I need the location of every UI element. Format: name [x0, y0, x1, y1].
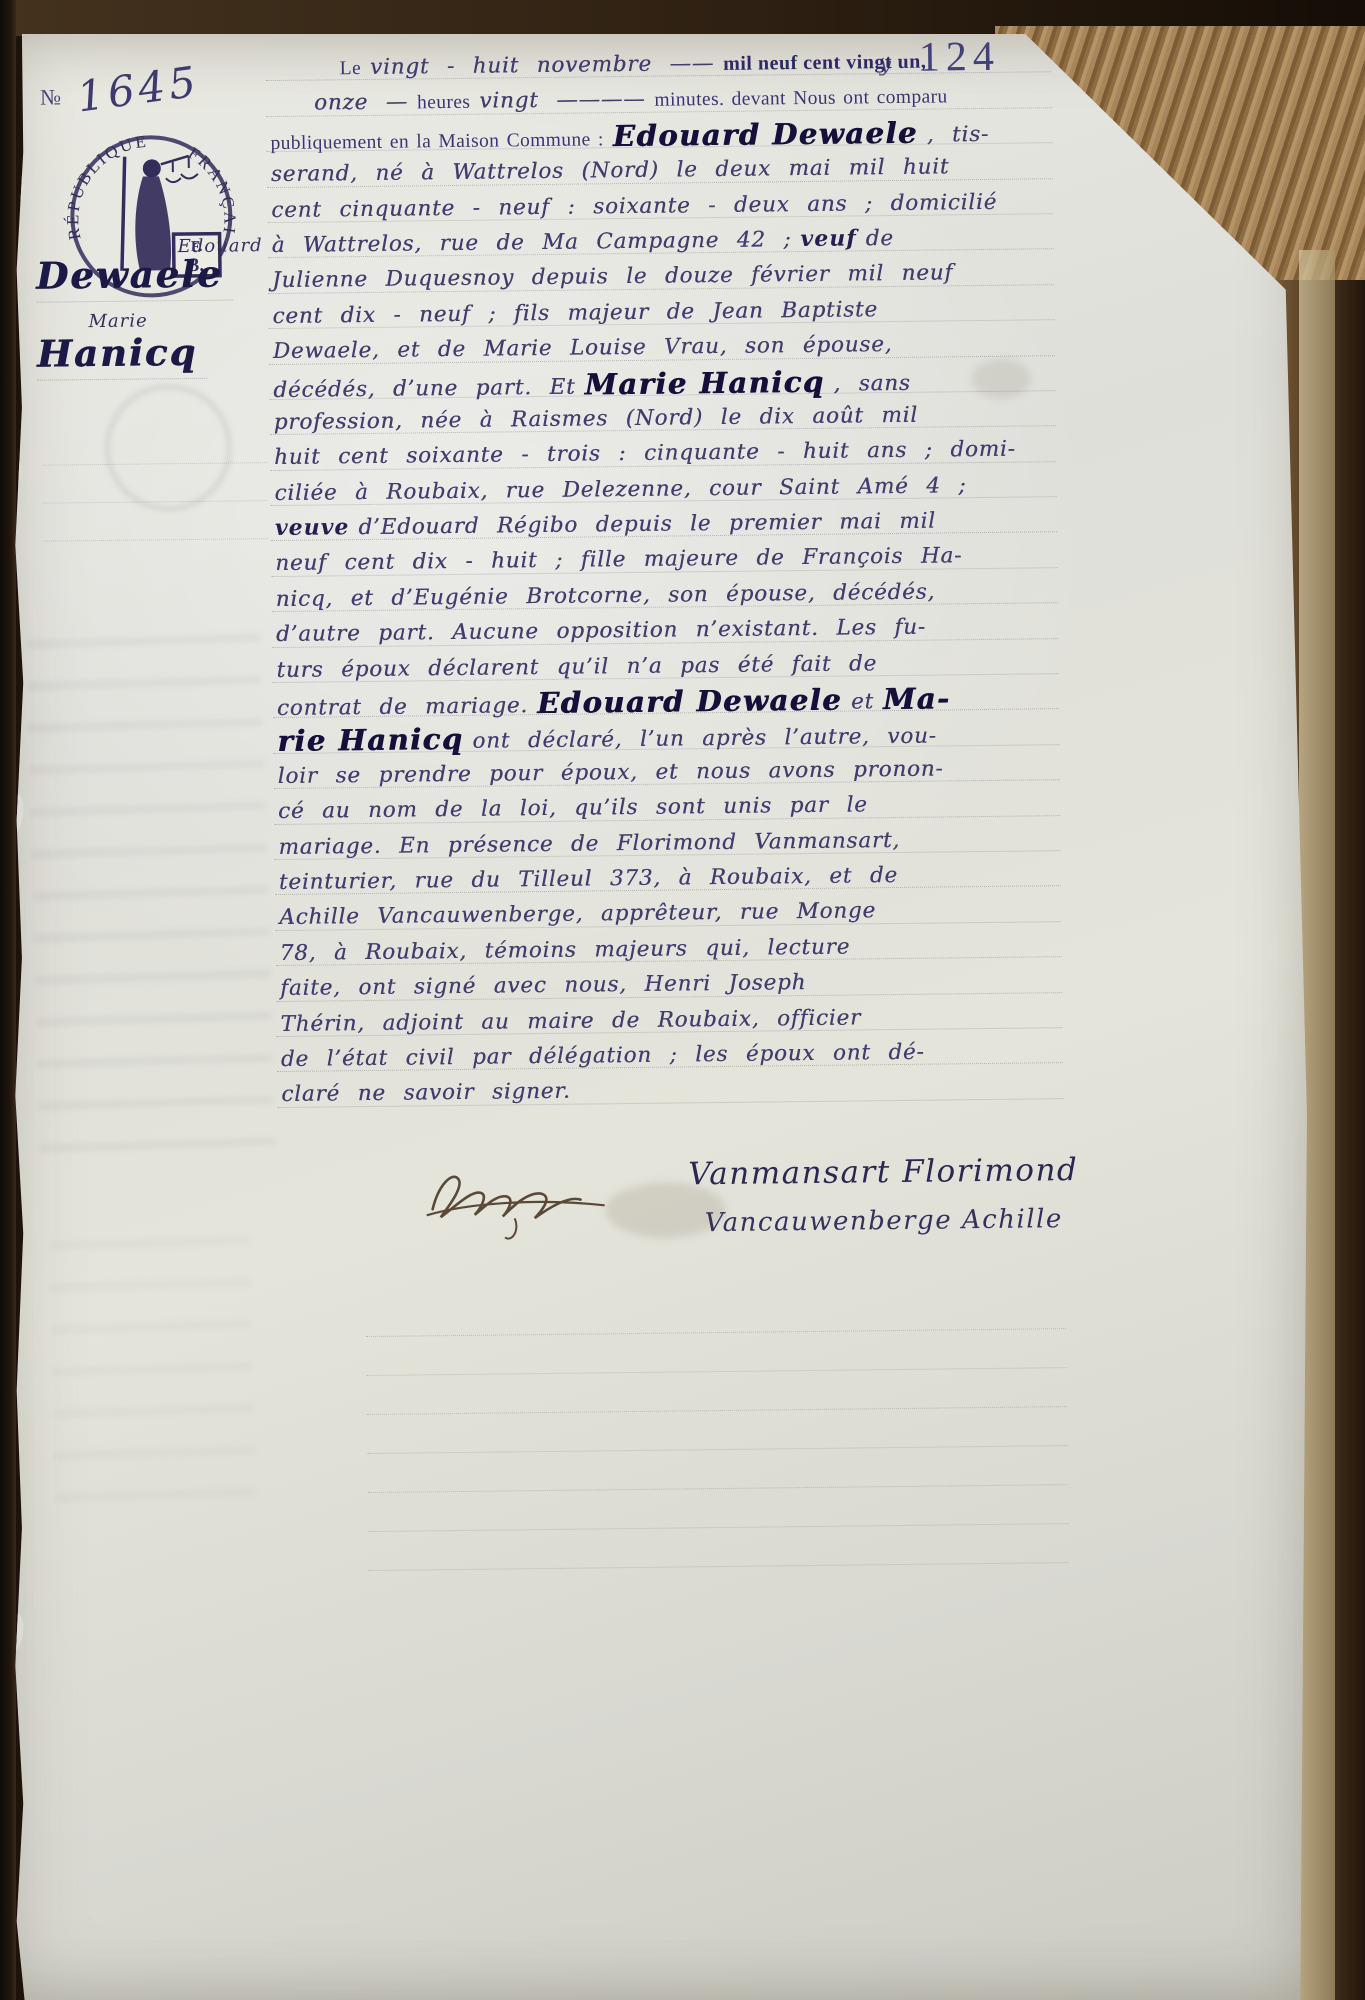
blank-ruled-lines	[366, 1290, 1069, 1571]
margin-groom-lastname: Dewaele	[36, 251, 233, 302]
text-segment: claré ne savoir signer.	[281, 1079, 571, 1107]
text-segment: ciliée à Roubaix, rue Delezenne, cour Sa…	[274, 473, 966, 506]
text-segment: nicq, et d’Eugénie Brotcorne, son épouse…	[276, 579, 936, 611]
text-segment: onze —	[314, 90, 408, 116]
text-segment: faite, ont signé avec nous, Henri Joseph	[280, 970, 806, 1001]
text-segment: heures	[417, 92, 471, 114]
name-highlight: rie Hanicq	[277, 722, 463, 758]
text-segment: cent dix - neuf ; fils majeur de Jean Ba…	[272, 297, 878, 329]
text-segment: publiquement en la Maison Commune :	[270, 129, 603, 154]
text-segment: Dewaele, et de Marie Louise Vrau, son ép…	[273, 332, 893, 364]
numero-symbol: №	[40, 84, 63, 109]
act-number: 1645	[74, 57, 202, 122]
text-segment: mariage. En présence de Florimond Vanman…	[278, 828, 900, 860]
margin-bride-lastname: Hanicq	[37, 330, 208, 381]
text-segment: d’autre part. Aucune opposition n’exista…	[276, 615, 926, 647]
text-segment: , tis-	[927, 122, 990, 148]
text-segment: Achille Vancauwenberge, apprêteur, rue M…	[279, 899, 876, 931]
text-segment: veuf	[800, 225, 857, 252]
official-signature-scrawl	[418, 1155, 619, 1252]
register-page: №1645 RÉPUBLIQUE FRANÇAISE	[14, 34, 1336, 2000]
text-segment: veuve	[275, 514, 350, 541]
name-highlight: Ma-	[883, 681, 951, 716]
text-segment: Thérin, adjoint au maire de Roubaix, off…	[280, 1005, 861, 1037]
text-segment: vingt - huit novembre ——	[370, 51, 714, 80]
text-segment: vingt ————	[479, 87, 645, 114]
text-segment: teinturier, rue du Tilleul 373, à Roubai…	[279, 863, 898, 895]
text-segment: neuf cent dix - huit ; fille majeure de …	[275, 544, 962, 577]
showthrough-text	[48, 1216, 257, 1522]
body-line: claré ne savoir signer.	[281, 1068, 1059, 1112]
body-text: Levingt - huit novembre ——mil neuf cent …	[269, 42, 1059, 1112]
name-highlight: Edouard Dewaele	[537, 683, 842, 720]
margin-bride-firstname: Marie	[88, 310, 147, 332]
text-segment: turs époux déclarent qu’il n’a pas été f…	[276, 651, 877, 683]
text-segment: Julienne Duquesnoy depuis le douze févri…	[272, 261, 953, 294]
text-segment: d’Edouard Régibo depuis le premier mai m…	[358, 509, 936, 541]
text-segment: minutes. devant Nous ont comparu	[654, 87, 947, 111]
page-content: №1645 RÉPUBLIQUE FRANÇAISE	[7, 25, 1351, 2000]
text-segment: 78, à Roubaix, témoins majeurs qui, lect…	[280, 934, 851, 965]
text-segment: profession, née à Raismes (Nord) le dix …	[274, 403, 919, 435]
text-segment: serand, né à Wattrelos (Nord) le deux ma…	[271, 155, 950, 188]
text-segment: , sans	[833, 370, 910, 396]
text-segment: huit cent soixante - trois : cinquante -…	[274, 437, 1016, 470]
text-segment: de l’état civil par délégation ; les épo…	[281, 1040, 925, 1072]
scanned-marriage-record: { "page": { "act_number_label": "№", "ac…	[0, 0, 1365, 2000]
witness-signature-1: Vanmansart Florimond	[688, 1152, 1078, 1192]
witness-signature-2: Vancauwenberge Achille	[705, 1204, 1063, 1238]
text-segment: mil neuf cent vingt un,	[723, 51, 926, 75]
text-segment: à Wattrelos, rue de Ma Campagne 42 ;	[272, 227, 792, 258]
act-number-block: №1645	[40, 64, 200, 115]
name-highlight: Marie Hanicq	[584, 364, 824, 401]
name-highlight: Edouard Dewaele	[613, 115, 918, 152]
text-segment: loir se prendre pour époux, et nous avon…	[278, 756, 944, 789]
text-segment: de	[866, 226, 894, 251]
text-segment: contrat de mariage.	[277, 693, 528, 721]
text-segment: décédés, d’une part. Et	[273, 374, 575, 402]
margin-ruled-lines	[42, 425, 268, 542]
text-segment: ont déclaré, l’un après l’autre, vou-	[472, 724, 937, 754]
text-segment: et	[851, 689, 874, 714]
text-segment: cé au nom de la loi, qu’ils sont unis pa…	[278, 793, 868, 825]
text-segment: cent cinquante - neuf : soixante - deux …	[271, 189, 997, 222]
showthrough-text	[25, 625, 275, 1172]
text-segment: Le	[340, 58, 362, 79]
binding-edge-left	[0, 0, 16, 2000]
